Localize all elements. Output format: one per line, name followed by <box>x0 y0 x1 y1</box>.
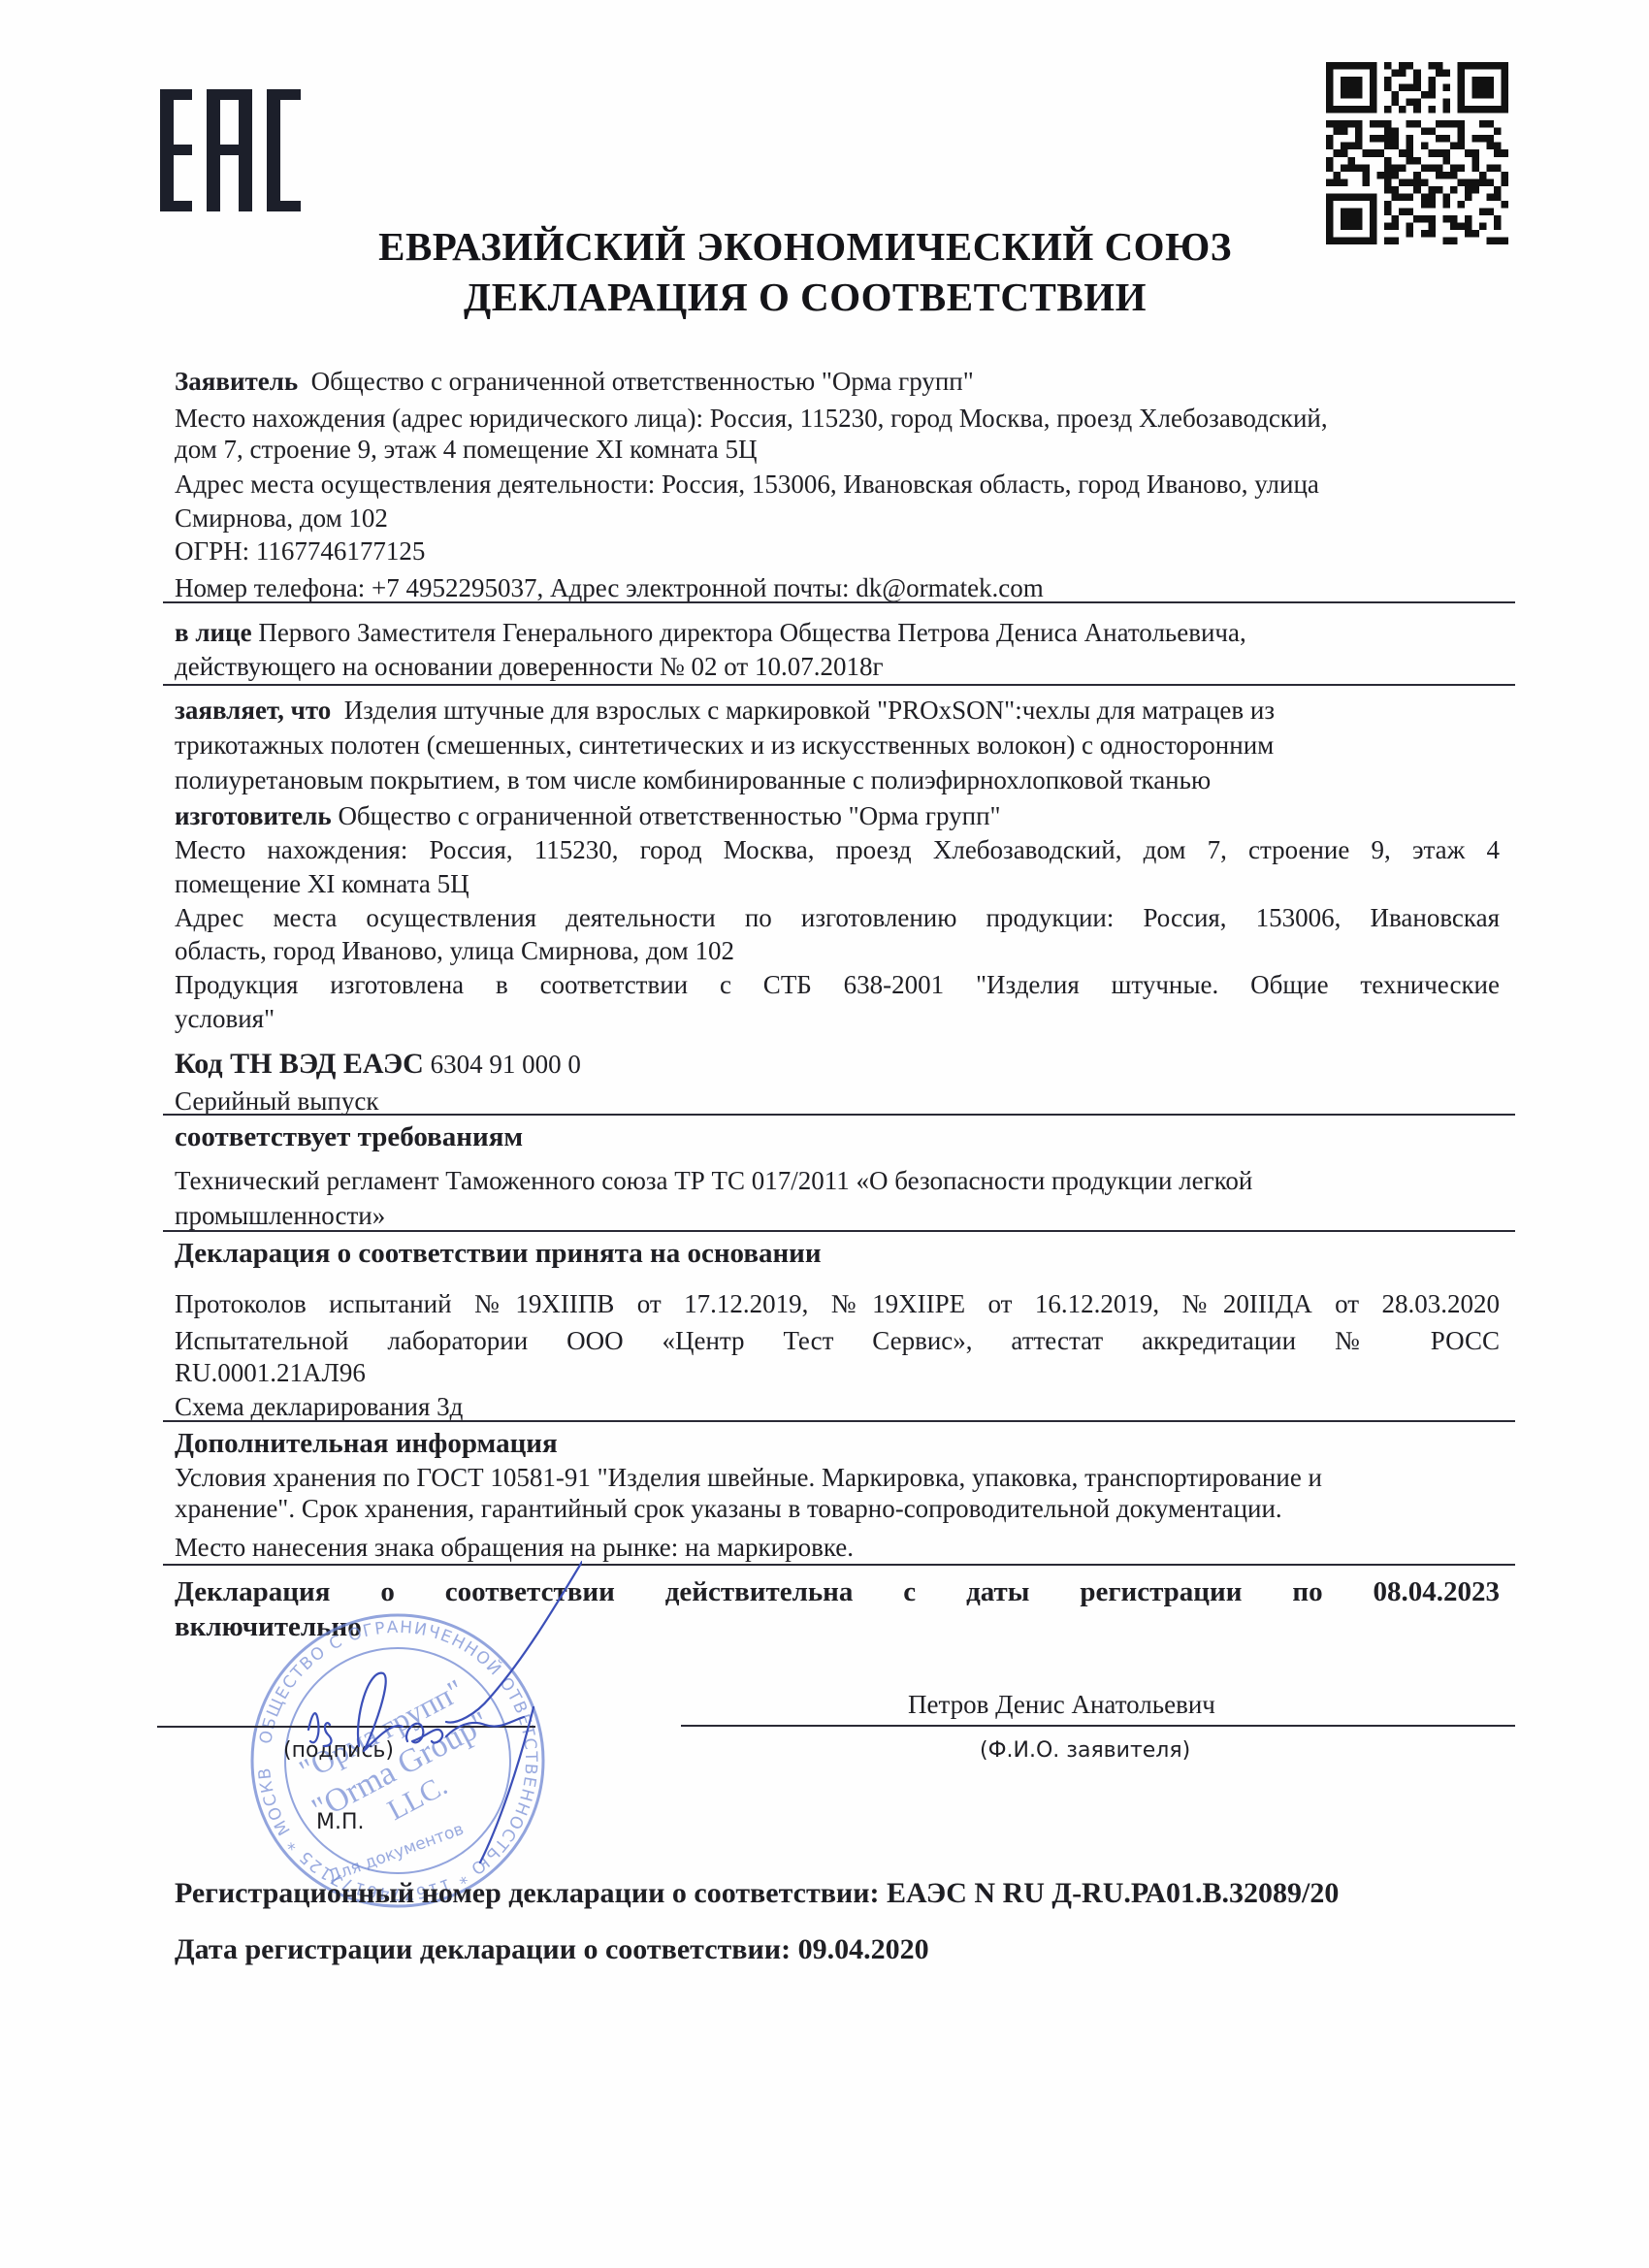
applicant-label: Заявитель <box>175 367 298 396</box>
representative-label: в лице <box>175 618 252 647</box>
representative-text-1: Первого Заместителя Генерального директо… <box>258 618 1245 647</box>
applicant-name: Общество с ограниченной ответственностью… <box>311 367 974 396</box>
name-caption: (Ф.И.О. заявителя) <box>980 1734 1190 1767</box>
handwritten-signature-icon <box>262 1552 582 1872</box>
additional-line-2: хранение". Срок хранения, гарантийный ср… <box>175 1492 1282 1525</box>
serial-release: Серийный выпуск <box>175 1085 378 1118</box>
applicant-activity-address-1: Адрес места осуществления деятельности: … <box>175 468 1319 501</box>
title-declaration: ДЕКЛАРАЦИЯ О СООТВЕТСТВИИ <box>0 274 1630 320</box>
manufacturer-production-address-1: Адрес места осуществления деятельности п… <box>175 901 1500 934</box>
divider <box>163 1420 1515 1422</box>
declares-line-3: полиуретановым покрытием, в том числе ко… <box>175 763 1211 796</box>
divider <box>163 684 1515 686</box>
name-line <box>681 1725 1515 1727</box>
declares-line-1: заявляет, что Изделия штучные для взросл… <box>175 694 1275 727</box>
manufacturer-line: изготовитель Общество с ограниченной отв… <box>175 799 1001 832</box>
applicant-legal-address-2: дом 7, строение 9, этаж 4 помещение XI к… <box>175 433 758 466</box>
declares-line-2: трикотажных полотен (смешенных, синтетич… <box>175 729 1274 761</box>
applicant-ogrn: ОГРН: 1167746177125 <box>175 535 425 567</box>
basis-label: Декларация о соответствии принята на осн… <box>175 1237 822 1270</box>
basis-line-1: Протоколов испытаний №19XIIПВ от 17.12.2… <box>175 1287 1500 1320</box>
requirements-line-2: промышленности» <box>175 1199 385 1232</box>
divider <box>163 1230 1515 1232</box>
tn-ved-value: 6304 91 000 0 <box>431 1050 581 1079</box>
applicant-contacts: Номер телефона: +7 4952295037, Адрес эле… <box>175 571 1044 604</box>
manufacturer-address-1: Место нахождения: Россия, 115230, город … <box>175 833 1500 866</box>
applicant-line: Заявитель Общество с ограниченной ответс… <box>175 365 974 398</box>
declares-label: заявляет, что <box>175 696 331 725</box>
divider <box>163 601 1515 603</box>
signer-name: Петров Денис Анатольевич <box>908 1688 1215 1721</box>
basis-line-2: Испытательной лаборатории ООО «Центр Тес… <box>175 1324 1500 1357</box>
manufacturer-production-address-2: область, город Иваново, улица Смирнова, … <box>175 934 734 967</box>
tn-ved-code-line: Код ТН ВЭД ЕАЭС 6304 91 000 0 <box>175 1048 581 1081</box>
applicant-legal-address-1: Место нахождения (адрес юридического лиц… <box>175 402 1328 435</box>
registration-date: Дата регистрации декларации о соответств… <box>175 1933 929 1966</box>
eac-logo-icon <box>160 89 301 211</box>
requirements-line-1: Технический регламент Таможенного союза … <box>175 1164 1252 1197</box>
qr-code-icon[interactable] <box>1326 62 1508 244</box>
manufacturer-label: изготовитель <box>175 801 332 830</box>
basis-scheme: Схема декларирования 3д <box>175 1390 463 1423</box>
additional-line-1: Условия хранения по ГОСТ 10581-91 "Издел… <box>175 1461 1322 1494</box>
registration-number: Регистрационный номер декларации о соотв… <box>175 1877 1339 1910</box>
title-union: ЕВРАЗИЙСКИЙ ЭКОНОМИЧЕСКИЙ СОЮЗ <box>0 223 1630 270</box>
representative-line-1: в лице Первого Заместителя Генерального … <box>175 616 1246 649</box>
manufacturer-standard-2: условия" <box>175 1002 275 1035</box>
basis-line-3: RU.0001.21АЛ96 <box>175 1356 366 1389</box>
requirements-label: соответствует требованиям <box>175 1120 523 1153</box>
tn-ved-label: Код ТН ВЭД ЕАЭС <box>175 1048 424 1080</box>
manufacturer-address-2: помещение XI комната 5Ц <box>175 867 469 900</box>
manufacturer-standard-1: Продукция изготовлена в соответствии с С… <box>175 968 1500 1001</box>
applicant-activity-address-2: Смирнова, дом 102 <box>175 502 388 535</box>
declaration-page: ЕВРАЗИЙСКИЙ ЭКОНОМИЧЕСКИЙ СОЮЗ ДЕКЛАРАЦИ… <box>0 0 1649 2268</box>
representative-line-2: действующего на основании доверенности №… <box>175 650 884 683</box>
additional-label: Дополнительная информация <box>175 1427 558 1460</box>
divider <box>163 1114 1515 1116</box>
declares-text-1: Изделия штучные для взрослых с маркировк… <box>344 696 1275 725</box>
manufacturer-name: Общество с ограниченной ответственностью… <box>338 801 1000 830</box>
